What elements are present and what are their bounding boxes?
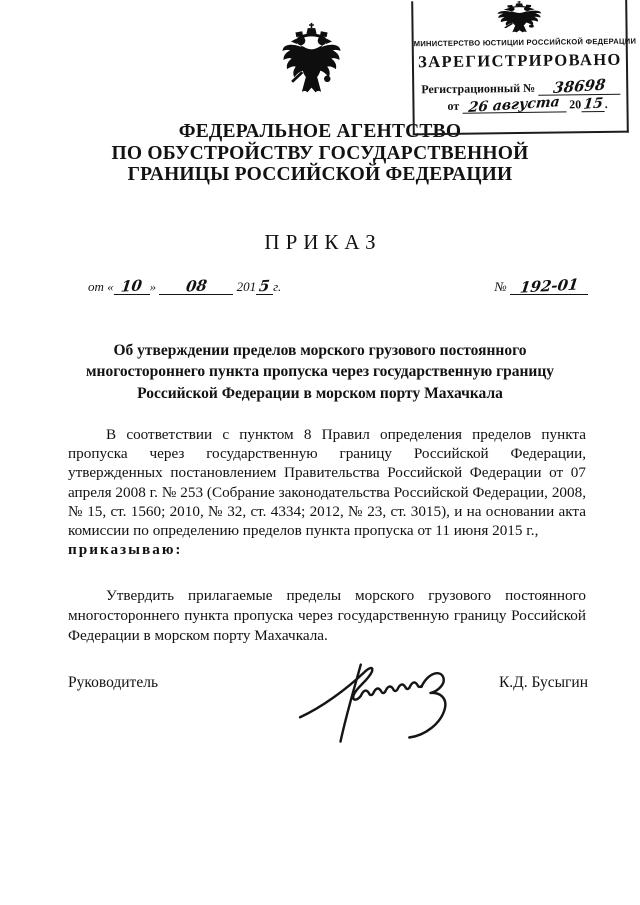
order-date-day-blank: 10 <box>114 279 150 295</box>
registration-stamp: МИНИСТЕРСТВО ЮСТИЦИИ РОССИЙСКОЙ ФЕДЕРАЦИ… <box>411 0 629 135</box>
agency-name-line3: ГРАНИЦЫ РОССИЙСКОЙ ФЕДЕРАЦИИ <box>0 164 640 186</box>
signatory-name: К.Д. Бусыгин <box>499 674 588 692</box>
order-number-label: № <box>494 279 506 294</box>
order-heading: ПРИКАЗ <box>0 230 640 255</box>
coat-of-arms-icon <box>281 22 342 99</box>
stamp-date-value: 26 августа <box>468 95 561 115</box>
stamp-eagle-icon <box>496 1 542 36</box>
registration-number-blank: 38698 <box>538 79 620 96</box>
signature-icon <box>296 646 470 744</box>
stamp-date-blank: 26 августа <box>462 97 566 113</box>
order-number-value: 192-01 <box>519 277 579 295</box>
stamp-period: . <box>605 97 608 111</box>
order-paragraph: Утвердить прилагаемые пределы морского г… <box>68 586 586 645</box>
subject-line1: Об утверждении пределов морского грузово… <box>30 340 610 361</box>
subject-line2: многостороннего пункта пропуска через го… <box>30 361 610 382</box>
registration-number-line: Регистрационный № 38698 <box>421 79 626 98</box>
stamp-year-printed: 20 <box>569 97 581 111</box>
order-date-month-blank: 08 <box>159 279 233 295</box>
order-date-close-quote: » <box>150 279 157 294</box>
body-paragraph: В соответствии с пунктом 8 Правил опреде… <box>68 425 586 540</box>
stamp-date-line: от 26 августа 2015. <box>447 97 626 114</box>
subject-line3: Российской Федерации в морском порту Мах… <box>30 383 610 404</box>
stamp-date-label: от <box>447 99 459 113</box>
order-number: № 192-01 <box>494 279 588 295</box>
signatory-role: Руководитель <box>68 674 158 692</box>
decree-word: приказываю: <box>68 540 586 559</box>
document-page: МИНИСТЕРСТВО ЮСТИЦИИ РОССИЙСКОЙ ФЕДЕРАЦИ… <box>0 0 640 905</box>
body-block: В соответствии с пунктом 8 Правил опреде… <box>68 425 586 559</box>
order-date-suffix: г. <box>273 279 281 294</box>
order-date-prefix: от « <box>88 279 114 294</box>
registered-label: ЗАРЕГИСТРИРОВАНО <box>414 50 626 73</box>
ministry-label: МИНИСТЕРСТВО ЮСТИЦИИ РОССИЙСКОЙ ФЕДЕРАЦИ… <box>414 37 626 49</box>
order-date-month: 08 <box>185 278 208 294</box>
subject-heading: Об утверждении пределов морского грузово… <box>30 340 610 404</box>
order-date-year-hand: 5 <box>259 279 271 295</box>
registration-number-label: Регистрационный № <box>421 81 535 96</box>
order-number-blank: 192-01 <box>510 279 588 295</box>
order-date-day: 10 <box>120 278 143 294</box>
order-meta-row: от «10» 08 2015г. № 192-01 <box>88 279 588 295</box>
order-date: от «10» 08 2015г. <box>88 279 281 295</box>
stamp-year-blank: 15 <box>581 97 605 112</box>
order-date-year-printed: 201 <box>237 279 257 294</box>
agency-name-line2: ПО ОБУСТРОЙСТВУ ГОСУДАРСТВЕННОЙ <box>0 143 640 165</box>
stamp-year-value: 15 <box>582 96 603 111</box>
order-date-year-blank: 5 <box>256 279 273 295</box>
